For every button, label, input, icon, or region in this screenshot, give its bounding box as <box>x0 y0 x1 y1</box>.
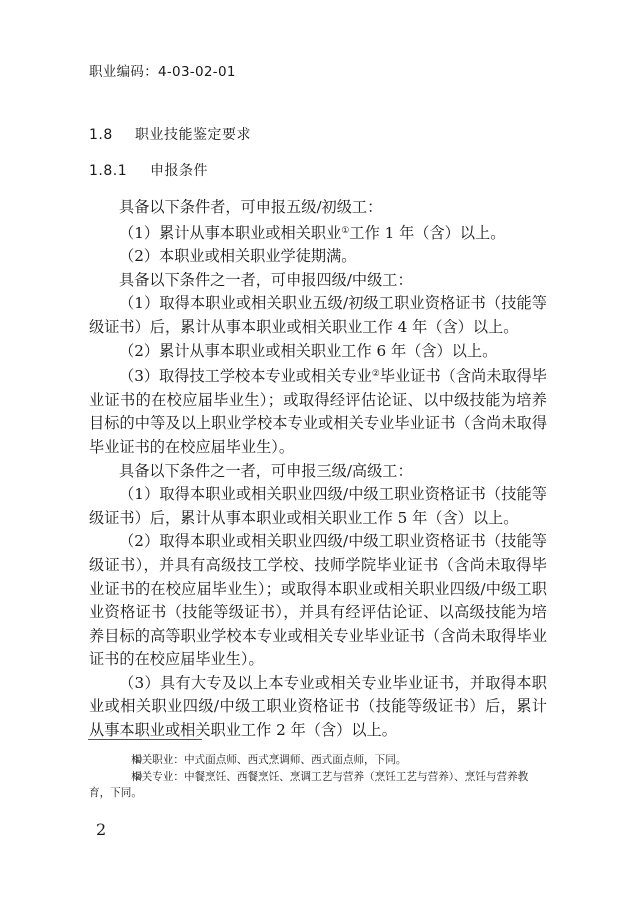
paragraph-level3-item1: （1）取得本职业或相关职业四级/中级工职业资格证书（技能等级证书）后，累计从事本… <box>89 483 547 530</box>
paragraph-level5-intro: 具备以下条件者，可申报五级/初级工： <box>89 196 547 220</box>
footnote-mark-1: ① <box>111 752 131 769</box>
subsection-number: 1.8.1 <box>89 163 150 179</box>
paragraph-level3-item2: （2）取得本职业或相关职业四级/中级工职业资格证书（技能等级证书），并具有高级技… <box>89 530 547 672</box>
footnote-divider <box>88 739 202 740</box>
footnote-2: ②相关专业：中餐烹饪、西餐烹饪、烹调工艺与营养（烹饪工艺与营养）、烹饪与营养教育… <box>89 769 547 802</box>
footnote-mark-2: ② <box>111 769 131 786</box>
paragraph-level3-item3: （3）具有大专及以上本专业或相关专业毕业证书，并取得本职业或相关职业四级/中级工… <box>89 672 547 743</box>
body-text: 具备以下条件者，可申报五级/初级工： （1）累计从事本职业或相关职业①工作 1 … <box>89 196 547 743</box>
page-number: 2 <box>96 820 106 839</box>
paragraph-level5-item2: （2）本职业或相关职业学徒期满。 <box>89 245 547 269</box>
paragraph-level4-intro: 具备以下条件之一者，可申报四级/中级工： <box>89 269 547 293</box>
footnotes: ①相关职业：中式面点师、西式烹调师、西式面点师，下同。 ②相关专业：中餐烹饪、西… <box>89 752 547 802</box>
section-heading: 1.8职业技能鉴定要求 <box>89 124 251 144</box>
section-number: 1.8 <box>89 127 135 143</box>
paragraph-level4-item1: （1）取得本职业或相关职业五级/初级工职业资格证书（技能等级证书）后，累计从事本… <box>89 292 547 339</box>
subsection-title: 申报条件 <box>150 163 208 179</box>
paragraph-level4-item2: （2）累计从事本职业或相关职业工作 6 年（含）以上。 <box>89 340 547 364</box>
paragraph-level5-item1: （1）累计从事本职业或相关职业①工作 1 年（含）以上。 <box>89 220 547 246</box>
occupation-code: 职业编码：4-03-02-01 <box>89 60 236 80</box>
paragraph-level3-intro: 具备以下条件之一者，可申报三级/高级工： <box>89 460 547 484</box>
footnote-ref-2: ② <box>372 369 380 379</box>
paragraph-level4-item3: （3）取得技工学校本专业或相关专业②毕业证书（含尚未取得毕业证书的在校应届毕业生… <box>89 363 547 459</box>
subsection-heading: 1.8.1申报条件 <box>89 160 208 180</box>
footnote-1: ①相关职业：中式面点师、西式烹调师、西式面点师，下同。 <box>89 752 547 769</box>
section-title: 职业技能鉴定要求 <box>135 127 251 143</box>
